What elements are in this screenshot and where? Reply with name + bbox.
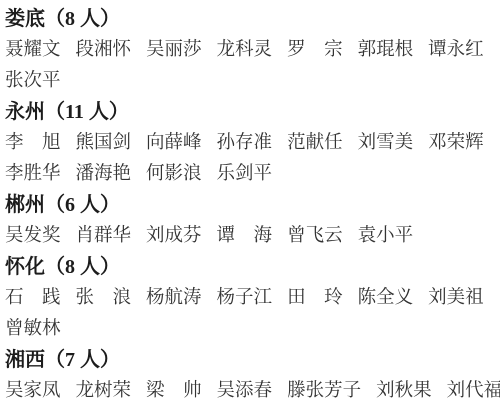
person-name: 谭永红 [428, 35, 484, 66]
person-name: 郭琨根 [358, 35, 414, 66]
person-name: 吴发奖 [5, 221, 61, 252]
person-name: 乐剑平 [217, 159, 273, 190]
person-name: 李 旭 [5, 128, 61, 159]
person-name: 吴家凤 [5, 376, 61, 404]
person-name: 吴添春 [217, 376, 273, 404]
person-name: 孙存准 [217, 128, 273, 159]
name-row: 张次平 [5, 66, 498, 97]
name-row: 聂耀文段湘怀吴丽莎龙科灵罗 宗郭琨根谭永红 [5, 35, 498, 66]
person-name: 肖群华 [76, 221, 132, 252]
person-name: 谭 海 [217, 221, 273, 252]
person-name: 龙树荣 [76, 376, 132, 404]
name-row: 李 旭熊国剑向薛峰孙存准范献任刘雪美邓荣辉 [5, 128, 498, 159]
person-name: 陈全义 [358, 283, 414, 314]
person-name: 段湘怀 [76, 35, 132, 66]
name-row: 李胜华潘海艳何影浪乐剑平 [5, 159, 498, 190]
person-name: 范献任 [287, 128, 343, 159]
name-row: 曾敏林 [5, 314, 498, 345]
person-name: 罗 宗 [287, 35, 343, 66]
person-name: 梁 帅 [146, 376, 202, 404]
person-name: 袁小平 [358, 221, 414, 252]
name-row: 吴家凤龙树荣梁 帅吴添春滕张芳子刘秋果刘代福 [5, 376, 498, 404]
region-header-郴州: 郴州（6 人） [5, 190, 498, 221]
sections-container: 娄底（8 人）聂耀文段湘怀吴丽莎龙科灵罗 宗郭琨根谭永红张次平永州（11 人）李… [5, 4, 498, 404]
name-row: 石 践张 浪杨航涛杨子江田 玲陈全义刘美祖 [5, 283, 498, 314]
person-name: 田 玲 [287, 283, 343, 314]
person-name: 刘美祖 [428, 283, 484, 314]
name-list-document: 娄底（8 人）聂耀文段湘怀吴丽莎龙科灵罗 宗郭琨根谭永红张次平永州（11 人）李… [0, 0, 500, 404]
person-name: 杨航涛 [146, 283, 202, 314]
region-header-湘西: 湘西（7 人） [5, 345, 498, 376]
person-name: 何影浪 [146, 159, 202, 190]
person-name: 滕张芳子 [287, 376, 361, 404]
name-row: 吴发奖肖群华刘成芬谭 海曾飞云袁小平 [5, 221, 498, 252]
person-name: 龙科灵 [217, 35, 273, 66]
person-name: 熊国剑 [76, 128, 132, 159]
region-header-怀化: 怀化（8 人） [5, 252, 498, 283]
person-name: 杨子江 [217, 283, 273, 314]
person-name: 邓荣辉 [428, 128, 484, 159]
region-header-永州: 永州（11 人） [5, 97, 498, 128]
person-name: 张次平 [5, 66, 61, 97]
person-name: 刘秋果 [376, 376, 432, 404]
person-name: 刘雪美 [358, 128, 414, 159]
person-name: 张 浪 [76, 283, 132, 314]
person-name: 聂耀文 [5, 35, 61, 66]
person-name: 李胜华 [5, 159, 61, 190]
region-header-娄底: 娄底（8 人） [5, 4, 498, 35]
person-name: 吴丽莎 [146, 35, 202, 66]
person-name: 石 践 [5, 283, 61, 314]
person-name: 曾敏林 [5, 314, 61, 345]
person-name: 刘代福 [447, 376, 500, 404]
person-name: 向薛峰 [146, 128, 202, 159]
person-name: 刘成芬 [146, 221, 202, 252]
person-name: 潘海艳 [76, 159, 132, 190]
person-name: 曾飞云 [287, 221, 343, 252]
